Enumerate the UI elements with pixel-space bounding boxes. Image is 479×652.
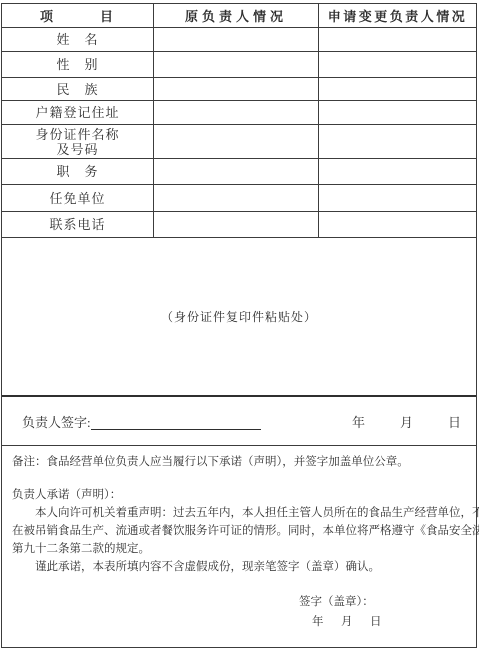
- row-label-registered-address: 户籍登记住址: [2, 101, 154, 124]
- original-id-cell: [154, 125, 319, 158]
- notes-section: 备注：食品经营单位负责人应当履行以下承诺（声明），并签字加盖单位公章。 负责人承…: [2, 446, 476, 646]
- table-row-id-document: 身份证件名称 及号码: [2, 125, 476, 159]
- remark-line: 备注：食品经营单位负责人应当履行以下承诺（声明），并签字加盖单位公章。: [12, 453, 466, 471]
- table-row-phone: 联系电话: [2, 212, 476, 238]
- new-position-cell: [319, 159, 476, 184]
- new-name-cell: [319, 28, 476, 51]
- promise-line-3: 第九十二条第二款的规定。: [12, 540, 466, 558]
- table-row-name: 姓 名: [2, 28, 476, 52]
- seal-sign-date: 年 月 日: [312, 613, 466, 631]
- new-unit-cell: [319, 185, 476, 211]
- table-header-row: 项 目 原负责人情况 申请变更负责人情况: [2, 4, 476, 28]
- responsible-person-change-form: 项 目 原负责人情况 申请变更负责人情况 姓 名 性 别 民 族 户籍登记住址 …: [1, 3, 477, 648]
- promise-line-4: 谨此承诺，本表所填内容不含虚假成份，现亲笔签字（盖章）确认。: [12, 558, 466, 576]
- id-copy-paste-area: （身份证件复印件粘贴处）: [2, 238, 476, 397]
- new-phone-cell: [319, 212, 476, 237]
- row-label-position: 职 务: [2, 159, 154, 184]
- new-id-cell: [319, 125, 476, 158]
- promise-line-1: 本人向许可机关着重声明：过去五年内，本人担任主管人员所在的食品生产经营单位，不存: [12, 504, 466, 522]
- promise-title: 负责人承诺（声明）：: [12, 486, 466, 504]
- row-label-gender: 性 别: [2, 52, 154, 77]
- header-new-person: 申请变更负责人情况: [319, 4, 476, 27]
- original-phone-cell: [154, 212, 319, 237]
- seal-sign-block: 签字（盖章）： 年 月 日: [12, 593, 466, 631]
- table-row-position: 职 务: [2, 159, 476, 185]
- original-address-cell: [154, 101, 319, 124]
- form-page: 项 目 原负责人情况 申请变更负责人情况 姓 名 性 别 民 族 户籍登记住址 …: [0, 0, 479, 652]
- original-ethnicity-cell: [154, 78, 319, 100]
- signature-underline: [91, 414, 261, 430]
- row-label-name: 姓 名: [2, 28, 154, 51]
- table-row-gender: 性 别: [2, 52, 476, 78]
- signature-row: 负责人签字: 年 月 日: [2, 397, 476, 446]
- original-gender-cell: [154, 52, 319, 77]
- new-address-cell: [319, 101, 476, 124]
- row-label-phone: 联系电话: [2, 212, 154, 237]
- table-row-appointing-unit: 任免单位: [2, 185, 476, 212]
- new-ethnicity-cell: [319, 78, 476, 100]
- original-unit-cell: [154, 185, 319, 211]
- signature-label: 负责人签字:: [22, 412, 91, 431]
- table-row-registered-address: 户籍登记住址: [2, 101, 476, 125]
- original-position-cell: [154, 159, 319, 184]
- header-item: 项 目: [2, 4, 154, 27]
- signature-date: 年 月 日: [352, 412, 464, 431]
- id-copy-paste-label: （身份证件复印件粘贴处）: [161, 308, 317, 325]
- original-name-cell: [154, 28, 319, 51]
- new-gender-cell: [319, 52, 476, 77]
- row-label-ethnicity: 民 族: [2, 78, 154, 100]
- table-row-ethnicity: 民 族: [2, 78, 476, 101]
- seal-sign-label: 签字（盖章）：: [299, 593, 466, 611]
- promise-line-2: 在被吊销食品生产、流通或者餐饮服务许可证的情形。同时，本单位将严格遵守《食品安全…: [12, 522, 466, 540]
- row-label-appointing-unit: 任免单位: [2, 185, 154, 211]
- header-original-person: 原负责人情况: [154, 4, 319, 27]
- row-label-id-document: 身份证件名称 及号码: [2, 125, 154, 158]
